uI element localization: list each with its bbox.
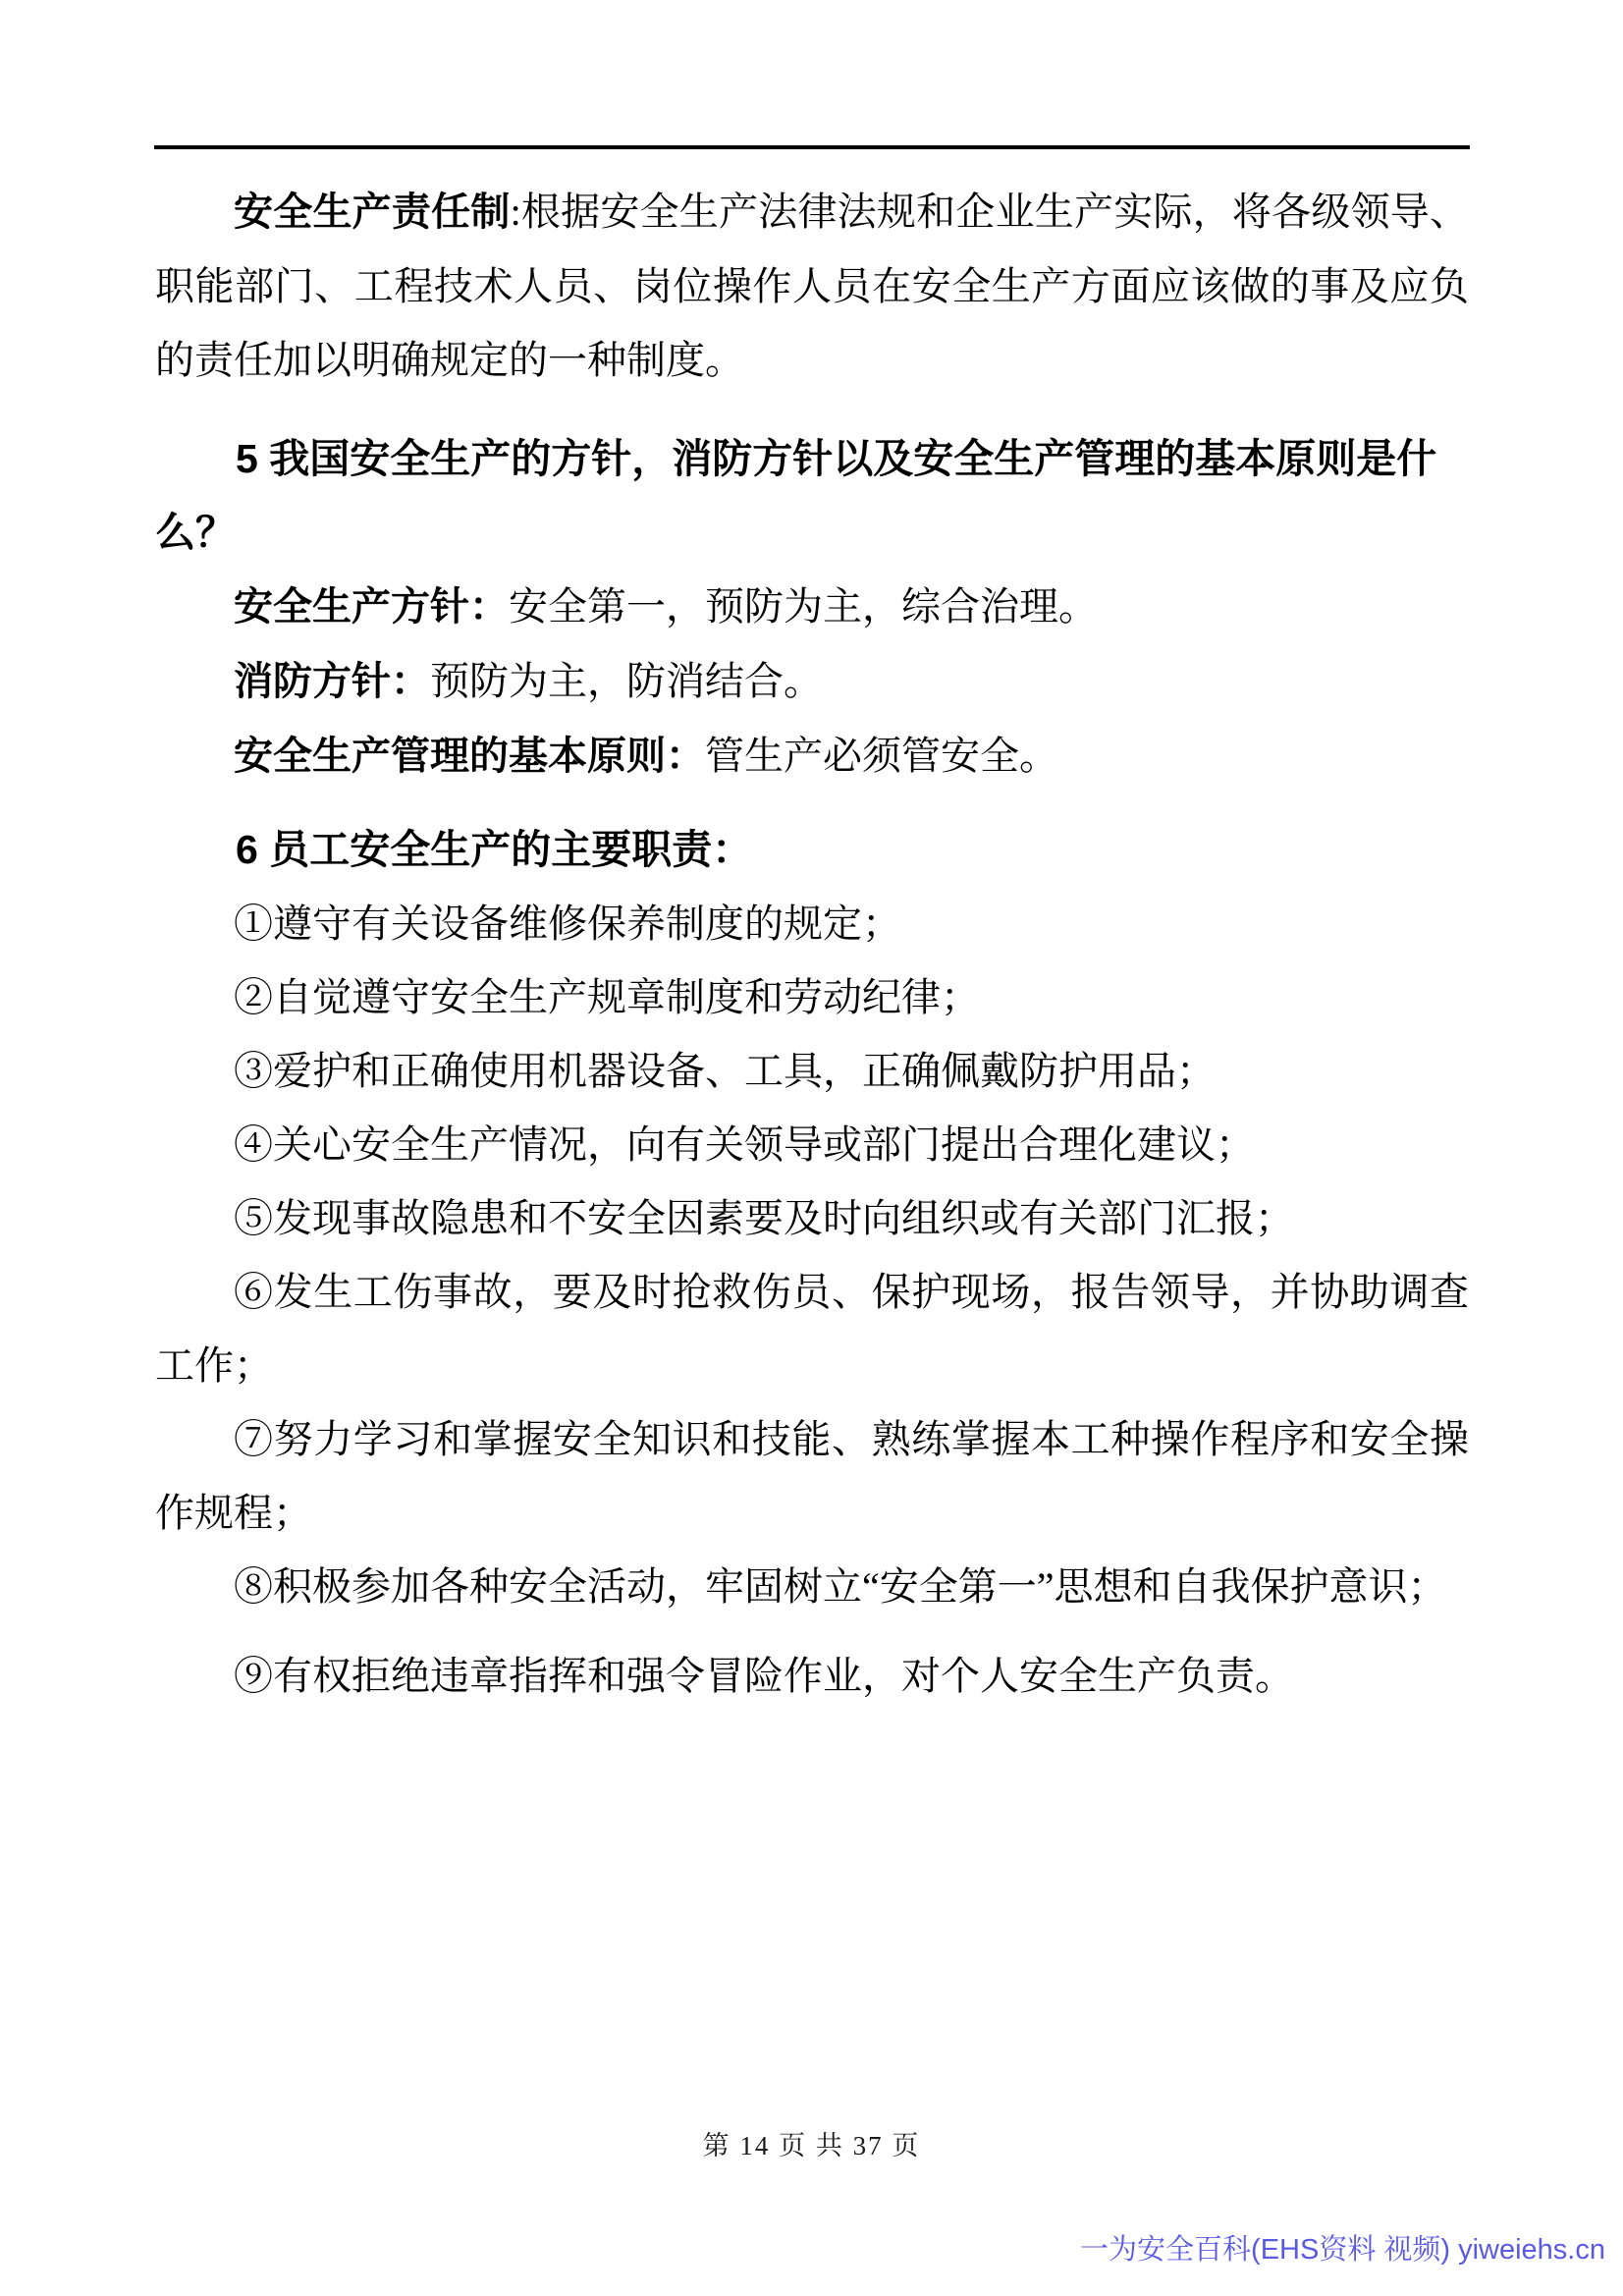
- definition-paragraph: 安全生产责任制:根据安全生产法律法规和企业生产实际，将各级领导、职能部门、工程技…: [155, 175, 1469, 397]
- section6-heading: 6 员工安全生产的主要职责：: [155, 813, 1469, 887]
- section6-item-7: ⑦努力学习和掌握安全知识和技能、熟练掌握本工种操作程序和安全操作规程；: [155, 1402, 1469, 1550]
- section5-item-management-principle: 安全生产管理的基本原则：管生产必须管安全。: [155, 719, 1469, 793]
- section6-item-3: ③爱护和正确使用机器设备、工具，正确佩戴防护用品；: [155, 1034, 1469, 1108]
- definition-term: 安全生产责任制: [234, 191, 511, 234]
- section5-item-label: 安全生产管理的基本原则：: [234, 735, 705, 778]
- section5-item-production-policy: 安全生产方针：安全第一，预防为主，综合治理。: [155, 570, 1469, 644]
- section5-item-fire-policy: 消防方针：预防为主，防消结合。: [155, 644, 1469, 719]
- section5-item-text: 安全第一，预防为主，综合治理。: [509, 584, 1098, 629]
- section5-item-text: 管生产必须管安全。: [705, 734, 1058, 778]
- section6-item-9: ⑨有权拒绝违章指挥和强令冒险作业，对个人安全生产负责。: [155, 1639, 1469, 1713]
- page-content: 安全生产责任制:根据安全生产法律法规和企业生产实际，将各级领导、职能部门、工程技…: [155, 175, 1469, 1713]
- section5-heading: 5 我国安全生产的方针，消防方针以及安全生产管理的基本原则是什么？: [155, 422, 1469, 570]
- section5-item-label: 安全生产方针：: [234, 585, 509, 629]
- watermark-link[interactable]: 一为安全百科(EHS资料 视频) yiweiehs.cn: [1080, 2233, 1605, 2267]
- section5-item-label: 消防方针：: [234, 660, 430, 703]
- section5-item-text: 预防为主，防消结合。: [430, 659, 823, 703]
- section6-item-5: ⑤发现事故隐患和不安全因素要及时向组织或有关部门汇报；: [155, 1181, 1469, 1255]
- section6-item-4: ④关心安全生产情况，向有关领导或部门提出合理化建议；: [155, 1108, 1469, 1181]
- page-number: 第 14 页 共 37 页: [0, 2129, 1623, 2162]
- section6-item-8: ⑧积极参加各种安全活动，牢固树立“安全第一”思想和自我保护意识；: [155, 1550, 1469, 1623]
- document-page: 安全生产责任制:根据安全生产法律法规和企业生产实际，将各级领导、职能部门、工程技…: [0, 0, 1623, 2296]
- definition-separator: :: [511, 190, 521, 234]
- section6-item-6: ⑥发生工伤事故，要及时抢救伤员、保护现场，报告领导，并协助调查工作；: [155, 1255, 1469, 1402]
- section6-item-2: ②自觉遵守安全生产规章制度和劳动纪律；: [155, 960, 1469, 1034]
- header-rule: [154, 145, 1470, 149]
- section6-item-1: ①遵守有关设备维修保养制度的规定；: [155, 887, 1469, 960]
